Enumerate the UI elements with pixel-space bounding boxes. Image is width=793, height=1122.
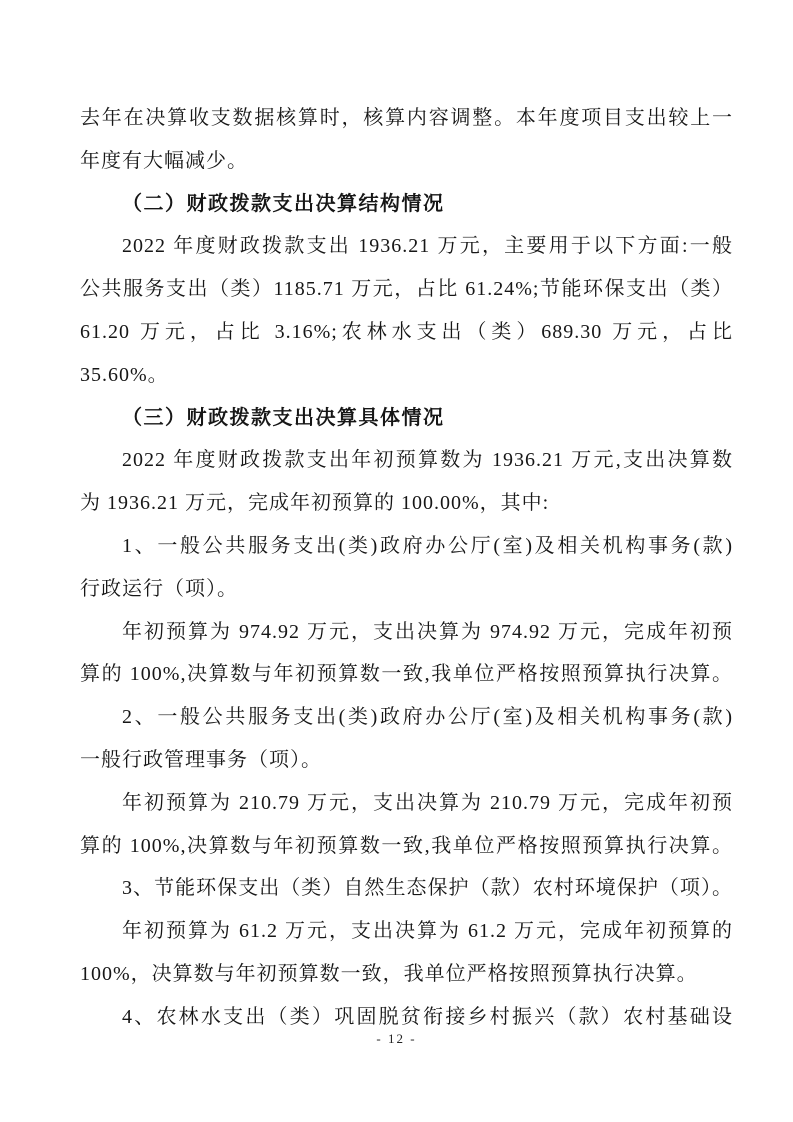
body-line-item-1: 1、一般公共服务支出(类)政府办公厅(室)及相关机构事务(款)	[80, 525, 733, 568]
body-line: 100%，决算数与年初预算数一致，我单位严格按照预算执行决算。	[80, 953, 733, 996]
heading-section-3: （三）财政拨款支出决算具体情况	[80, 397, 733, 440]
body-line: 年初预算为 210.79 万元，支出决算为 210.79 万元，完成年初预	[80, 782, 733, 825]
body-line: 公共服务支出（类）1185.71 万元，占比 61.24%;节能环保支出（类）	[80, 268, 733, 311]
document-body: 去年在决算收支数据核算时，核算内容调整。本年度项目支出较上一 年度有大幅减少。 …	[80, 97, 733, 1039]
body-line: 35.60%。	[80, 354, 733, 397]
body-line: 年初预算为 974.92 万元，支出决算为 974.92 万元，完成年初预	[80, 611, 733, 654]
body-line: 算的 100%,决算数与年初预算数一致,我单位严格按照预算执行决算。	[80, 653, 733, 696]
body-line: 算的 100%,决算数与年初预算数一致,我单位严格按照预算执行决算。	[80, 825, 733, 868]
document-page: 去年在决算收支数据核算时，核算内容调整。本年度项目支出较上一 年度有大幅减少。 …	[0, 0, 793, 1122]
body-line-item-3: 3、节能环保支出（类）自然生态保护（款）农村环境保护（项）。	[80, 867, 733, 910]
body-line: 年初预算为 61.2 万元，支出决算为 61.2 万元，完成年初预算的	[80, 910, 733, 953]
body-line: 年度有大幅减少。	[80, 140, 733, 183]
heading-section-2: （二）财政拨款支出决算结构情况	[80, 183, 733, 226]
body-line: 为 1936.21 万元，完成年初预算的 100.00%，其中:	[80, 482, 733, 525]
body-line: 2022 年度财政拨款支出 1936.21 万元，主要用于以下方面:一般	[80, 225, 733, 268]
body-line: 去年在决算收支数据核算时，核算内容调整。本年度项目支出较上一	[80, 97, 733, 140]
body-line: 2022 年度财政拨款支出年初预算数为 1936.21 万元,支出决算数	[80, 439, 733, 482]
body-line: 一般行政管理事务（项）。	[80, 739, 733, 782]
page-number: - 12 -	[0, 1031, 793, 1047]
body-line: 行政运行（项）。	[80, 568, 733, 611]
body-line: 61.20 万元，占比 3.16%;农林水支出（类）689.30 万元，占比	[80, 311, 733, 354]
body-line-item-2: 2、一般公共服务支出(类)政府办公厅(室)及相关机构事务(款)	[80, 696, 733, 739]
